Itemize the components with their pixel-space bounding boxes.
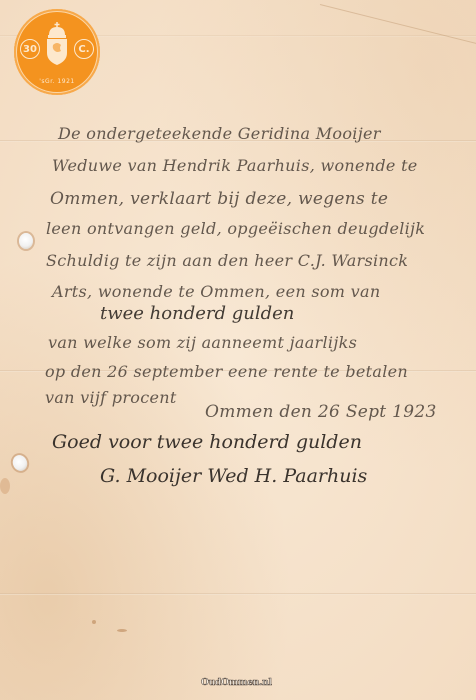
letter-line: Schuldig te zijn aan den heer C.J. Warsi… <box>46 251 408 270</box>
letter-line: Ommen, verklaart bij deze, wegens te <box>50 189 388 209</box>
postage-stamp-imprint: 30 C. 'sGr. 1921 <box>14 9 100 95</box>
fold-line <box>0 593 476 595</box>
letter-line: De ondergeteekende Geridina Mooijer <box>58 124 381 143</box>
stamp-currency: C. <box>74 39 94 59</box>
place-and-date: Ommen den 26 Sept 1923 <box>205 402 437 422</box>
stain <box>117 629 127 632</box>
stamp-imprint-text: 'sGr. 1921 <box>14 78 100 85</box>
letter-line: Arts, wonende te Ommen, een som van <box>52 282 380 301</box>
watermark-logo: OudOmmen.nl <box>201 678 272 688</box>
letter-line: op den 26 september eene rente te betale… <box>45 362 408 381</box>
approval-statement: Goed voor twee honderd gulden <box>52 431 362 453</box>
coat-of-arms-icon <box>44 21 70 67</box>
letter-line-amount: twee honderd gulden <box>100 303 294 324</box>
letter-line: van welke som zij aanneemt jaarlijks <box>48 333 357 352</box>
letter-line: Weduwe van Hendrik Paarhuis, wonende te <box>52 156 418 175</box>
letter-line: van vijf procent <box>45 388 177 407</box>
stamp-value: 30 <box>20 39 40 59</box>
stain <box>0 478 10 494</box>
stain <box>92 620 96 624</box>
letter-line: leen ontvangen geld, opgeëischen deugdel… <box>46 219 425 238</box>
signature: G. Mooijer Wed H. Paarhuis <box>100 465 367 487</box>
punch-hole <box>19 233 33 249</box>
